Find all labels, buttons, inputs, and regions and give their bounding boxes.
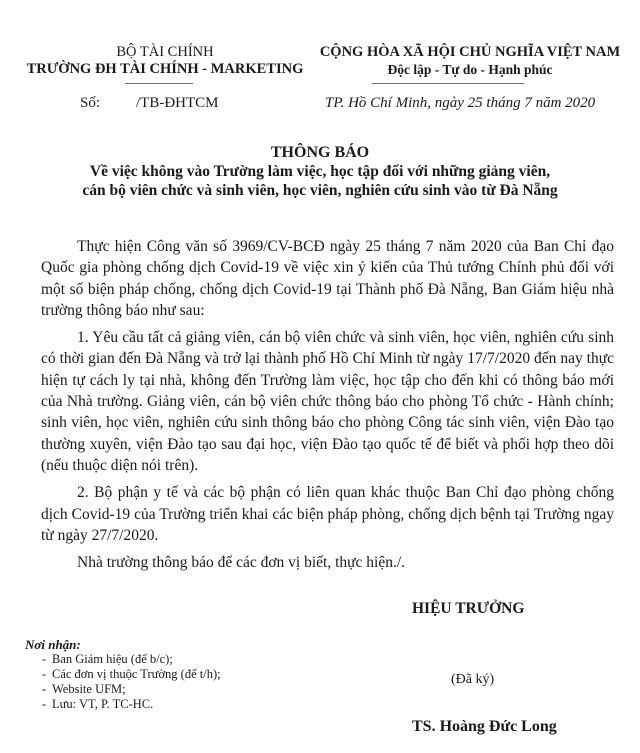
document-subtitle-line-1: Về việc không vào Trường làm việc, học t… (0, 162, 640, 181)
document-title-block: THÔNG BÁO Về việc không vào Trường làm v… (0, 143, 640, 200)
place-and-date: TP. Hồ Chí Minh, ngày 25 tháng 7 năm 202… (325, 95, 595, 112)
recipient-item: Website UFM; (42, 682, 221, 697)
recipient-item: Các đơn vị thuộc Trường (để t/h); (42, 667, 221, 682)
recipients-block: Nơi nhận: Ban Giám hiệu (để b/c); Các đơ… (25, 637, 221, 712)
document-title: THÔNG BÁO (0, 143, 640, 162)
national-motto: Độc lập - Tự do - Hạnh phúc (300, 61, 640, 78)
document-number-label: Số: (80, 95, 136, 112)
issuing-authority: BỘ TÀI CHÍNH TRƯỜNG ĐH TÀI CHÍNH - MARKE… (20, 44, 310, 78)
signed-note: (Đã ký) (451, 672, 494, 688)
closing-paragraph: Nhà trường thông báo để các đơn vị biết,… (41, 552, 614, 573)
recipients-label: Nơi nhận: (25, 637, 221, 652)
school-name: TRƯỜNG ĐH TÀI CHÍNH - MARKETING (20, 61, 310, 78)
signatory-title: HIỆU TRƯỞNG (412, 600, 524, 618)
signatory-name: TS. Hoàng Đức Long (412, 718, 557, 736)
country-name: CỘNG HÒA XÃ HỘI CHỦ NGHĨA VIỆT NAM (300, 44, 640, 61)
recipient-item: Ban Giám hiệu (để b/c); (42, 652, 221, 667)
recipients-list: Ban Giám hiệu (để b/c); Các đơn vị thuộc… (25, 652, 221, 712)
intro-paragraph: Thực hiện Công văn số 3969/CV-BCĐ ngày 2… (41, 236, 614, 321)
document-subtitle-line-2: cán bộ viên chức và sinh viên, học viên,… (0, 181, 640, 200)
national-heading: CỘNG HÒA XÃ HỘI CHỦ NGHĨA VIỆT NAM Độc l… (300, 44, 640, 78)
document-number-value: /TB-ĐHTCM (136, 95, 219, 111)
ministry-name: BỘ TÀI CHÍNH (20, 44, 310, 61)
item-2-paragraph: 2. Bộ phận y tế và các bộ phận có liên q… (41, 482, 614, 546)
header-divider-right (372, 83, 524, 84)
recipient-item: Lưu: VT, P. TC-HC. (42, 697, 221, 712)
document-number: Số:/TB-ĐHTCM (80, 95, 219, 112)
document-body: Thực hiện Công văn số 3969/CV-BCĐ ngày 2… (41, 236, 614, 579)
header-divider-left (125, 83, 193, 84)
item-1-paragraph: 1. Yêu cầu tất cả giảng viên, cán bộ viê… (41, 327, 614, 476)
